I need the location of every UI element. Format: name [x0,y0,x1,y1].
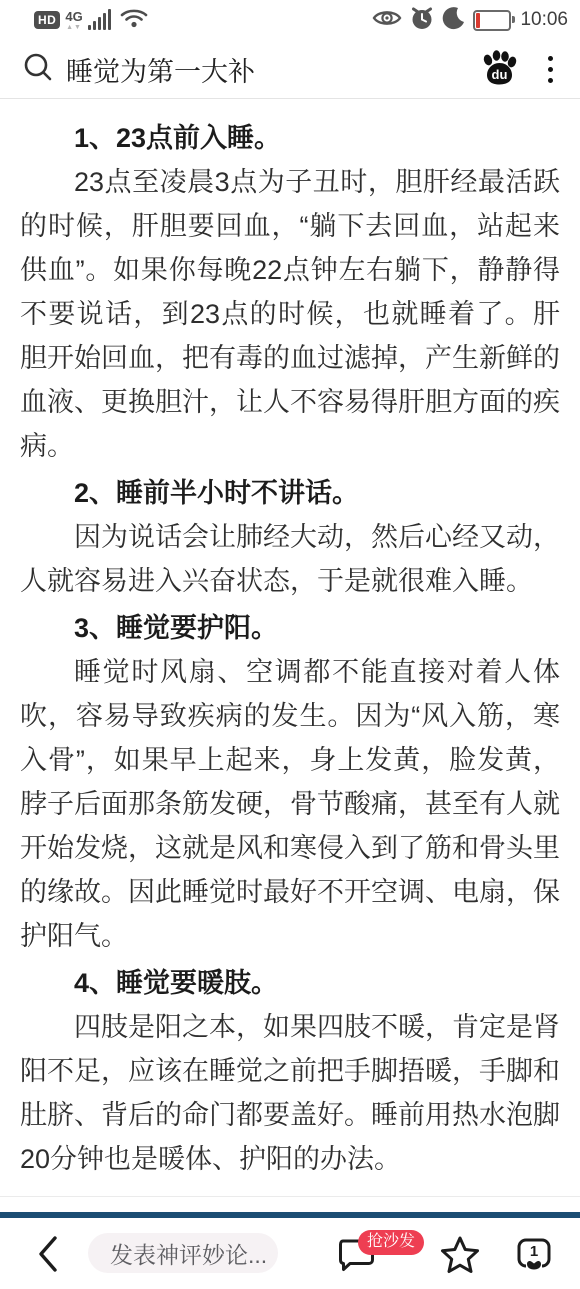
star-favorite-icon[interactable] [438,1234,482,1278]
section-paragraph: 四肢是阳之本，如果四肢不暖，肯定是肾阳不足，应该在睡觉之前把手脚捂暖，手脚和肚脐… [20,1005,560,1181]
network-type-label: 4G ▲▼ [65,10,82,31]
comment-placeholder: 发表神评妙论... [110,1237,267,1270]
section-heading: 3、睡觉要护阳。 [20,606,560,650]
battery-icon [473,10,511,31]
baidu-paw-icon[interactable]: du [478,47,520,92]
comment-input[interactable]: 发表神评妙论... [88,1233,278,1273]
search-query-text[interactable]: 睡觉为第一大补 [66,50,478,89]
hd-badge: HD [34,11,60,29]
wifi-icon [120,7,148,34]
signal-strength-icon [88,10,111,30]
first-comment-badge[interactable]: 抢沙发 [358,1230,424,1255]
section-heading: 4、睡觉要暖肢。 [20,961,560,1005]
status-bar: HD 4G ▲▼ [0,0,580,40]
section-paragraph: 23点至凌晨3点为子丑时，胆肝经最活跃的时候，肝胆要回血，“躺下去回血，站起来供… [20,160,560,468]
section-paragraph: 睡觉时风扇、空调都不能直接对着人体吹，容易导致疾病的发生。因为“风入筋，寒入骨”… [20,650,560,958]
moon-icon [442,6,466,35]
svg-text:du: du [492,67,508,82]
phone-screen: { "status_bar": { "hd_label": "HD", "net… [0,0,580,1289]
section-paragraph: 因为说话会让肺经大动，然后心经又动，人就容易进入兴奋状态，于是就很难入睡。 [20,515,560,603]
section-heading: 2、睡前半小时不讲话。 [20,471,560,515]
eye-protection-icon [372,7,402,34]
clock-time: 10:06 [520,9,568,31]
section-heading: 1、23点前入睡。 [20,116,560,160]
search-icon [22,51,54,88]
article-body: 1、23点前入睡。 23点至凌晨3点为子丑时，胆肝经最活跃的时候，肝胆要回血，“… [0,99,580,1181]
kebab-menu-icon[interactable] [548,56,554,83]
alarm-icon [409,6,435,35]
bottom-toolbar: 发表神评妙论... 抢沙发 1 [0,1218,580,1289]
tab-count-label: 1 [530,1243,538,1260]
search-bar[interactable]: 睡觉为第一大补 du [0,40,580,99]
tab-counter-icon[interactable]: 1 [514,1234,554,1278]
back-button[interactable] [30,1232,66,1276]
content-bottom-divider [0,1196,580,1197]
